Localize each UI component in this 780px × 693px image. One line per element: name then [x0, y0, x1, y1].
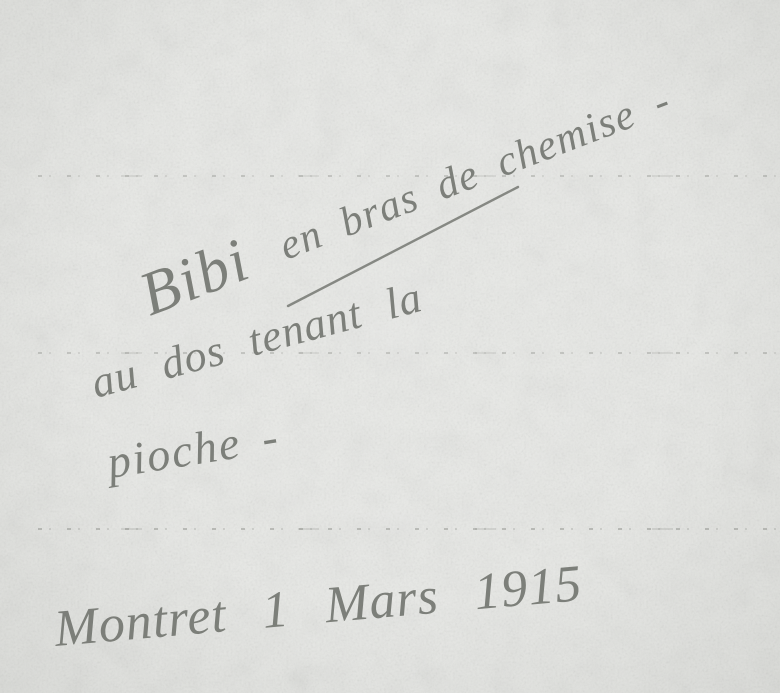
dateline-montret-1-mars-1915: Montret 1 Mars 1915 — [51, 555, 584, 658]
caption-en-bras-de-chemise: en bras de chemise - — [273, 78, 677, 270]
photo-album-page: Bibi en bras de chemise - au dos tenant … — [0, 0, 780, 693]
caption-word-bibi: Bibi — [131, 226, 259, 329]
handwriting-layer: Bibi en bras de chemise - au dos tenant … — [0, 0, 780, 693]
caption-au-dos-tenant-la: au dos tenant la — [86, 272, 427, 407]
caption-pioche: pioche - — [101, 410, 283, 488]
